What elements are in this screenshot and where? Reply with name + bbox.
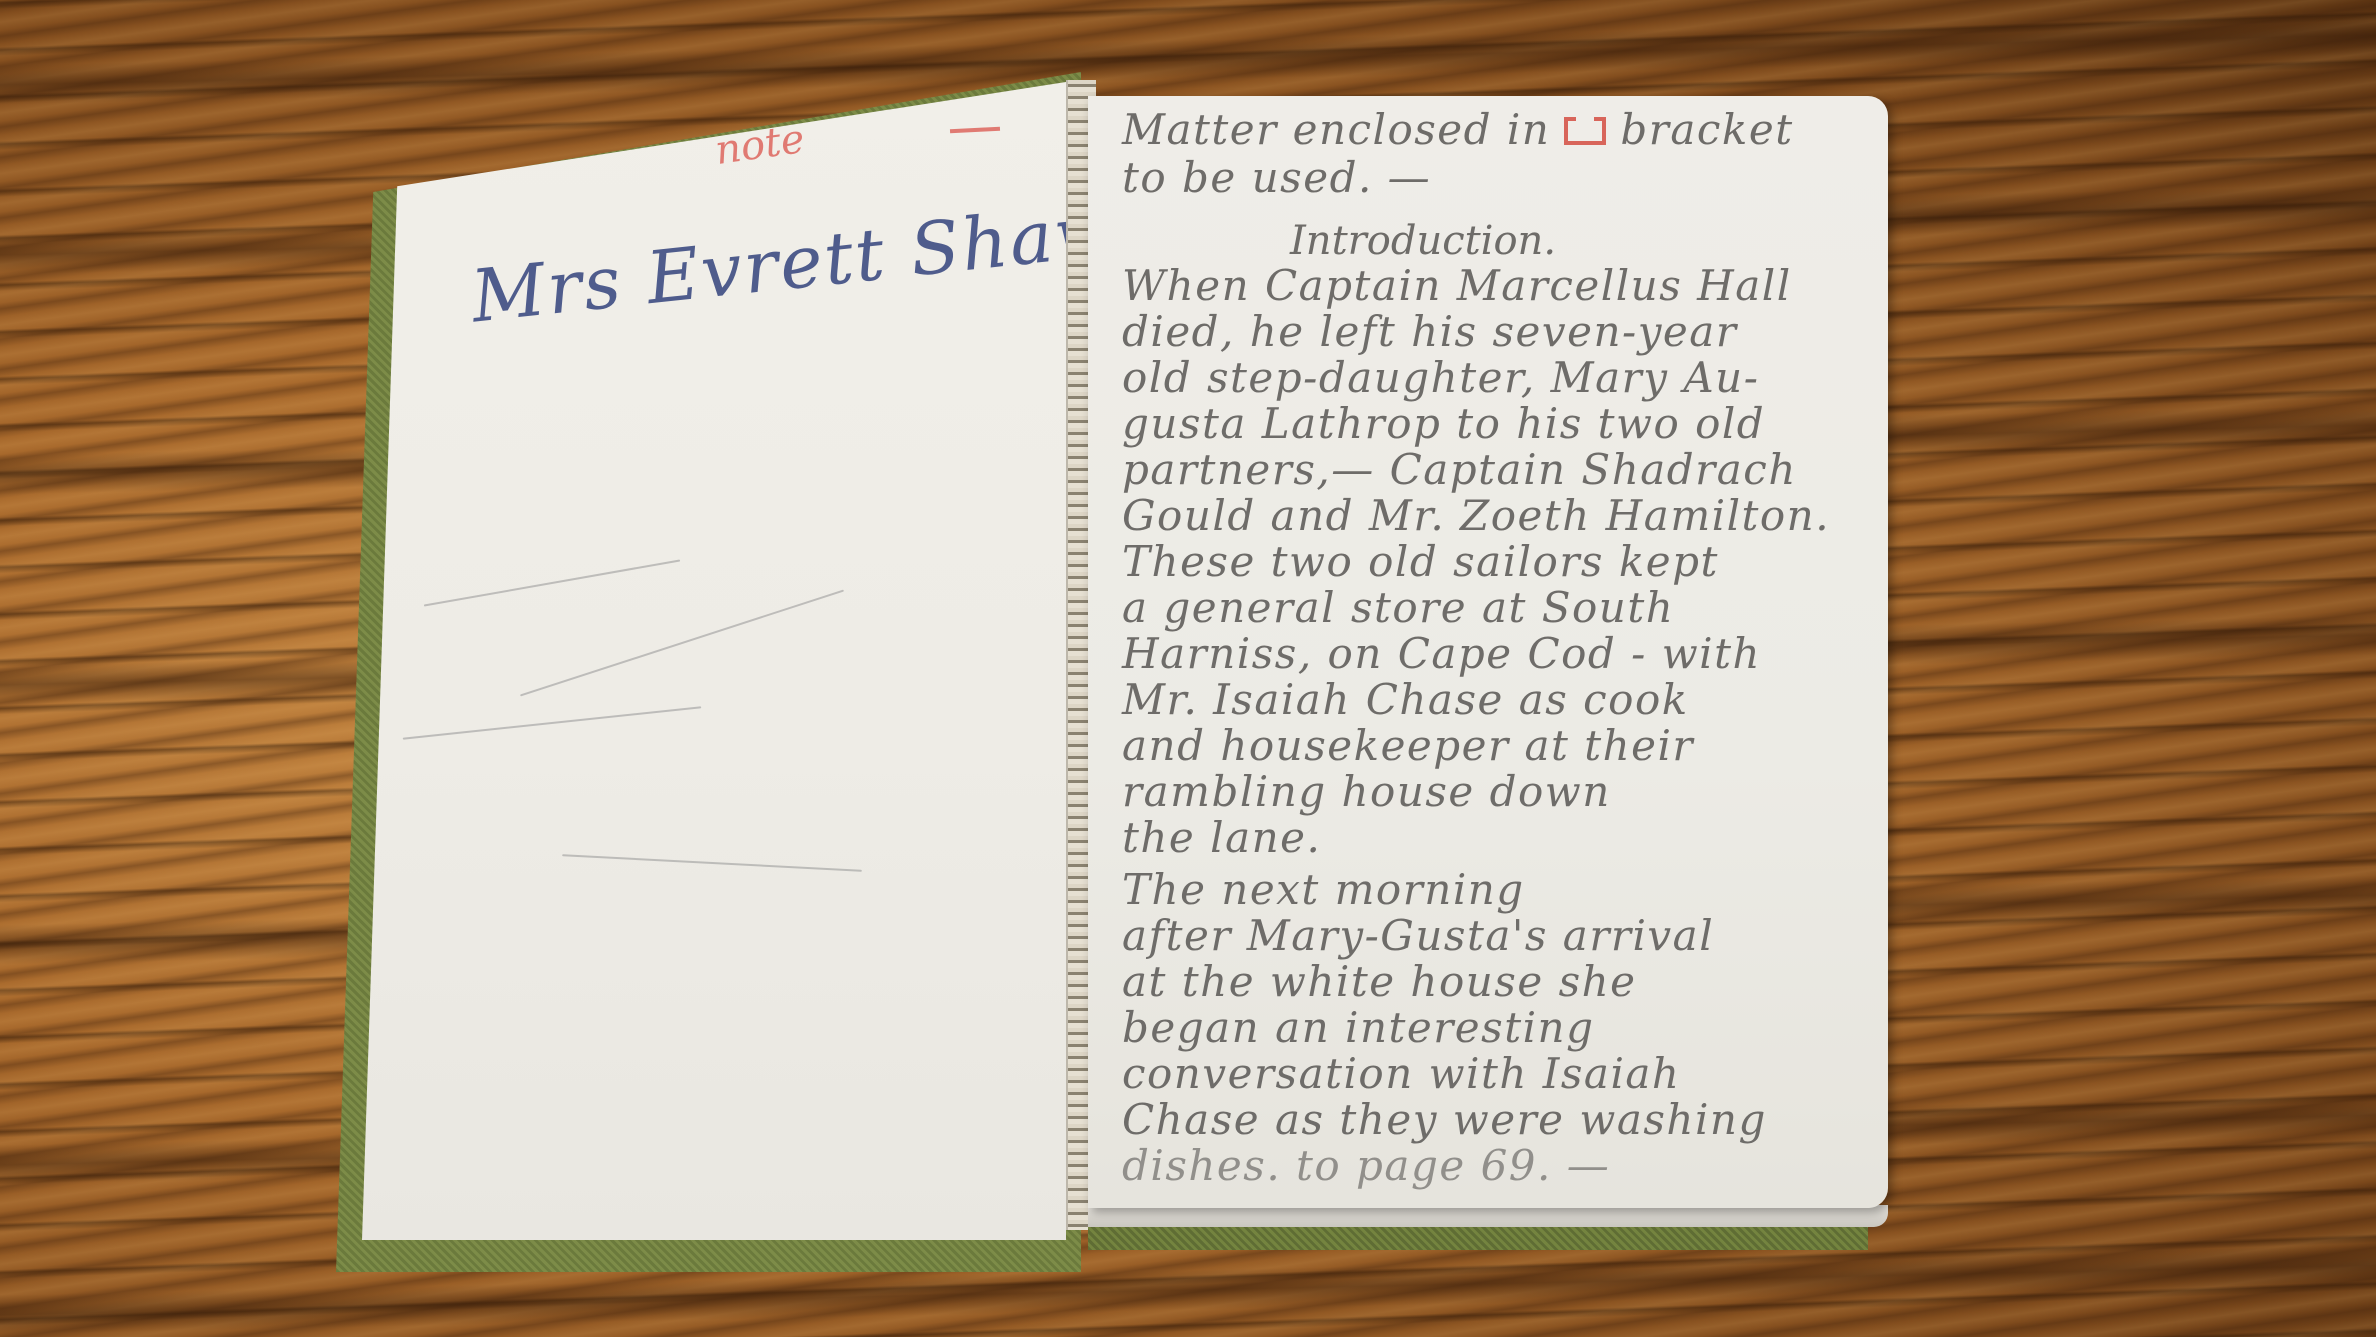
introduction-heading: Introduction. [1290, 218, 1556, 264]
instruction-line: to be used. — [1122, 154, 1431, 202]
manuscript-line: rambling house down [1122, 768, 1611, 816]
manuscript-line: died, he left his seven-year [1122, 308, 1737, 356]
wood-grain [0, 15, 2376, 105]
manuscript-line: When Captain Marcellus Hall [1122, 262, 1792, 310]
manuscript-line: after Mary-Gusta's arrival [1122, 912, 1714, 960]
page-edges [1088, 1205, 1888, 1227]
instruction-line: Matter enclosed inbracket [1122, 106, 1794, 154]
instruction-text: Matter enclosed in [1122, 105, 1550, 154]
manuscript-line: Harniss, on Cape Cod - with [1122, 630, 1761, 678]
manuscript-line: a general store at South [1122, 584, 1674, 632]
paper-crease [520, 590, 844, 697]
instruction-text: bracket [1620, 105, 1793, 154]
manuscript-line: old step-daughter, Mary Au- [1122, 354, 1759, 402]
manuscript-line: Gould and Mr. Zoeth Hamilton. [1122, 492, 1830, 540]
manuscript-line: conversation with Isaiah [1122, 1050, 1680, 1098]
manuscript-line: and housekeeper at their [1122, 722, 1694, 770]
manuscript-line: dishes. to page 69. — [1122, 1142, 1610, 1190]
paper-crease [562, 854, 862, 872]
red-bracket-icon [1564, 117, 1606, 145]
paper-crease [424, 559, 680, 606]
manuscript-line: The next morning [1122, 866, 1525, 914]
manuscript-line: gusta Lathrop to his two old [1122, 400, 1765, 448]
manuscript-line: These two old sailors kept [1122, 538, 1719, 586]
manuscript-line: Mr. Isaiah Chase as cook [1122, 676, 1689, 724]
manuscript-line: began an interesting [1122, 1004, 1594, 1052]
manuscript-line: the lane. [1122, 814, 1321, 862]
manuscript-line: partners,— Captain Shadrach [1122, 446, 1797, 494]
manuscript-line: Chase as they were washing [1122, 1096, 1767, 1144]
manuscript-line: at the white house she [1122, 958, 1637, 1006]
paper-crease [403, 706, 702, 739]
